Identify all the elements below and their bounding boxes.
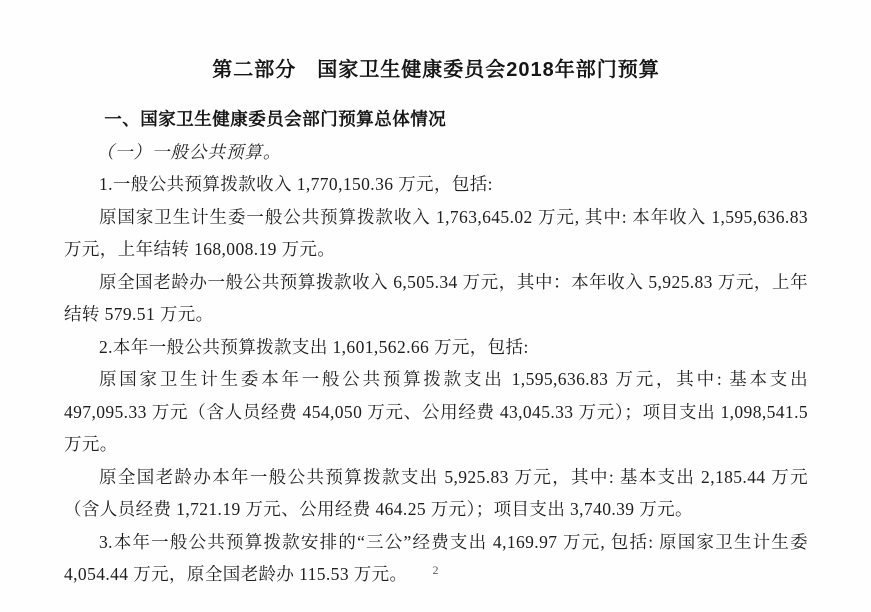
- paragraph-expenditure-total: 2.本年一般公共预算拨款支出 1,601,562.66 万元，包括:: [64, 331, 808, 364]
- subsection-heading: （一）一般公共预算。: [64, 136, 808, 169]
- document-page: 第二部分 国家卫生健康委员会2018年部门预算 一、国家卫生健康委员会部门预算总…: [0, 0, 871, 612]
- paragraph-expenditure-aging-office: 原全国老龄办本年一般公共预算拨款支出 5,925.83 万元，其中: 基本支出 …: [64, 461, 808, 526]
- section-heading: 一、国家卫生健康委员会部门预算总体情况: [64, 103, 808, 136]
- paragraph-three-public-funds: 3.本年一般公共预算拨款安排的“三公”经费支出 4,169.97 万元, 包括:…: [64, 526, 808, 591]
- page-number: 2: [0, 563, 871, 578]
- paragraph-income-aging-office: 原全国老龄办一般公共预算拨款收入 6,505.34 万元，其中：本年收入 5,9…: [64, 266, 808, 331]
- document-title: 第二部分 国家卫生健康委员会2018年部门预算: [64, 56, 808, 84]
- paragraph-income-total: 1.一般公共预算拨款收入 1,770,150.36 万元，包括:: [64, 168, 808, 201]
- paragraph-income-nhfpc: 原国家卫生计生委一般公共预算拨款收入 1,763,645.02 万元, 其中: …: [64, 201, 808, 266]
- paragraph-expenditure-nhfpc: 原国家卫生计生委本年一般公共预算拨款支出 1,595,636.83 万元，其中:…: [64, 363, 808, 461]
